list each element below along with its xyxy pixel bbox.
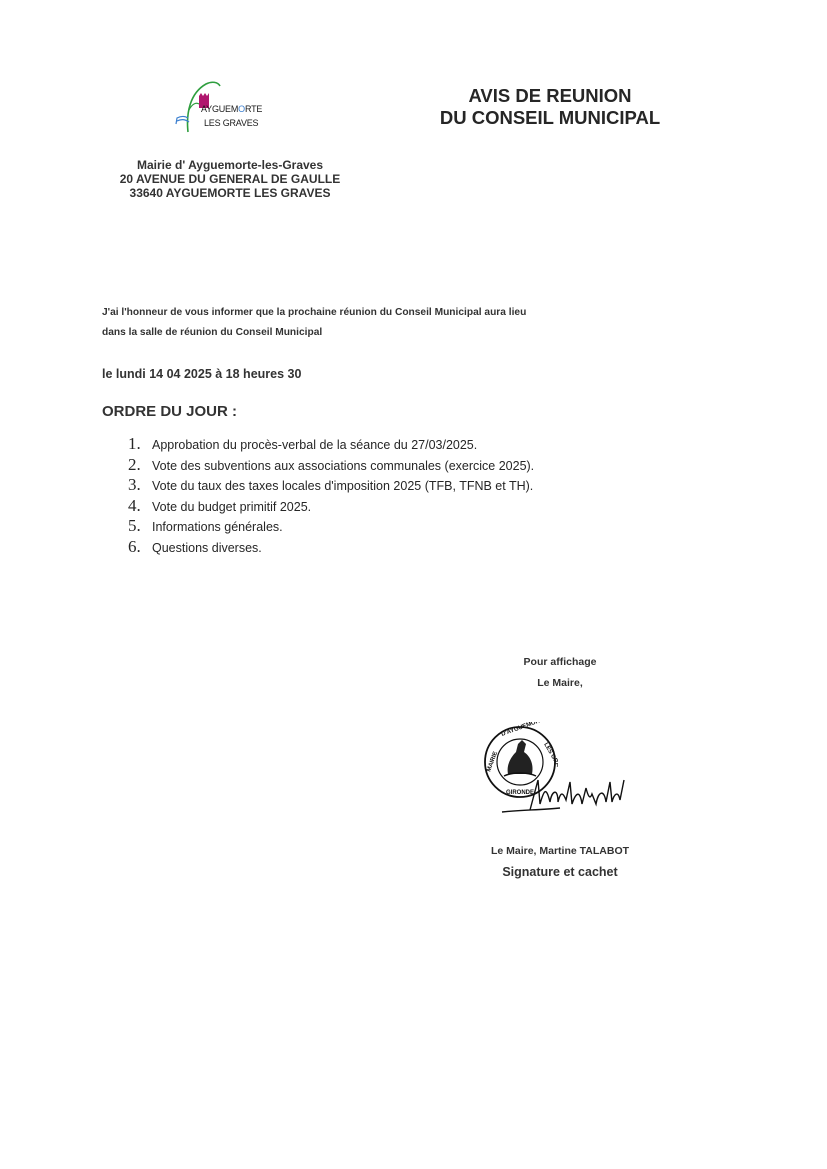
intro-paragraph: J'ai l'honneur de vous informer que la p… bbox=[102, 303, 622, 343]
agenda-title: ORDRE DU JOUR : bbox=[102, 403, 237, 420]
agenda-item: 6.Questions diverses. bbox=[128, 537, 648, 558]
title-line-2: DU CONSEIL MUNICIPAL bbox=[400, 107, 700, 129]
intro-line-2: dans la salle de réunion du Conseil Muni… bbox=[102, 323, 622, 343]
title-line-1: AVIS DE REUNION bbox=[400, 85, 700, 107]
agenda-item: 4.Vote du budget primitif 2025. bbox=[128, 496, 648, 517]
logo-text-line1: AYGUEMORTE bbox=[201, 104, 262, 114]
agenda-item: 2.Vote des subventions aux associations … bbox=[128, 455, 648, 476]
agenda-item: 5.Informations générales. bbox=[128, 516, 648, 537]
svg-text:D'AYGUEMORTE: D'AYGUEMORTE bbox=[501, 722, 548, 738]
mayor-name: Le Maire, Martine TALABOT bbox=[470, 845, 650, 857]
mairie-address: Mairie d' Ayguemorte-les-Graves 20 AVENU… bbox=[90, 158, 370, 200]
le-maire-label: Le Maire, bbox=[470, 673, 650, 694]
municipality-logo: AYGUEMORTE LES GRAVES bbox=[172, 78, 277, 134]
agenda-item: 3.Vote du taux des taxes locales d'impos… bbox=[128, 475, 648, 496]
agenda-item: 1.Approbation du procès-verbal de la séa… bbox=[128, 434, 648, 455]
mayor-signature bbox=[500, 760, 635, 820]
address-line-2: 20 AVENUE DU GENERAL DE GAULLE bbox=[90, 172, 370, 186]
logo-text-line2: LES GRAVES bbox=[204, 118, 258, 128]
document-title: AVIS DE REUNION DU CONSEIL MUNICIPAL bbox=[400, 85, 700, 129]
pour-affichage: Pour affichage bbox=[470, 652, 650, 673]
signature-label: Signature et cachet bbox=[470, 865, 650, 879]
address-line-3: 33640 AYGUEMORTE LES GRAVES bbox=[90, 186, 370, 200]
handwritten-signature-icon bbox=[500, 760, 635, 820]
address-line-1: Mairie d' Ayguemorte-les-Graves bbox=[90, 158, 370, 172]
affichage-block: Pour affichage Le Maire, bbox=[470, 652, 650, 694]
meeting-date: le lundi 14 04 2025 à 18 heures 30 bbox=[102, 367, 301, 381]
intro-line-1: J'ai l'honneur de vous informer que la p… bbox=[102, 303, 622, 323]
agenda-list: 1.Approbation du procès-verbal de la séa… bbox=[128, 434, 648, 558]
